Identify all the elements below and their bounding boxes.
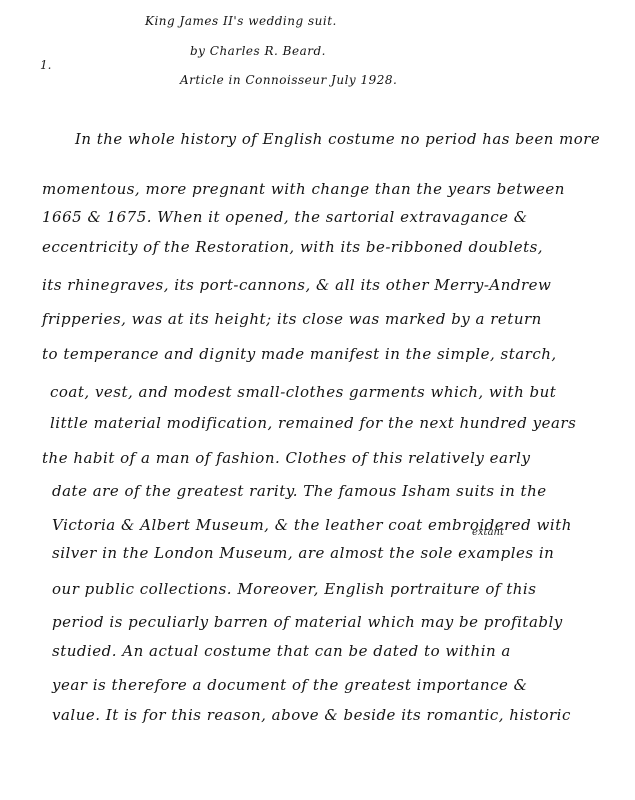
manuscript-line: In the whole history of English costume … [75,130,600,148]
document-author: by Charles R. Beard. [190,44,326,58]
manuscript-line: little material modification, remained f… [50,414,576,432]
manuscript-line: its rhinegraves, its port-cannons, & all… [42,276,551,294]
manuscript-line: value. It is for this reason, above & be… [52,706,571,724]
margin-number: 1. [40,58,51,72]
manuscript-line: eccentricity of the Restoration, with it… [42,238,543,256]
manuscript-line: to temperance and dignity made manifest … [42,345,557,363]
manuscript-line: date are of the greatest rarity. The fam… [52,482,547,500]
manuscript-line: coat, vest, and modest small-clothes gar… [50,383,556,401]
insertion-mark: extant [472,527,504,538]
manuscript-line: studied. An actual costume that can be d… [52,642,511,660]
manuscript-line: year is therefore a document of the grea… [52,676,528,694]
manuscript-line: momentous, more pregnant with change tha… [42,180,565,198]
document-title: King James II's wedding suit. [145,14,337,28]
manuscript-line: 1665 & 1675. When it opened, the sartori… [42,208,528,226]
document-source: Article in Connoisseur July 1928. [180,73,397,87]
manuscript-line: period is peculiarly barren of material … [52,613,563,631]
manuscript-line: the habit of a man of fashion. Clothes o… [42,449,530,467]
manuscript-line: silver in the London Museum, are almost … [52,544,554,562]
manuscript-line: our public collections. Moreover, Englis… [52,580,536,598]
manuscript-line: fripperies, was at its height; its close… [42,310,542,328]
